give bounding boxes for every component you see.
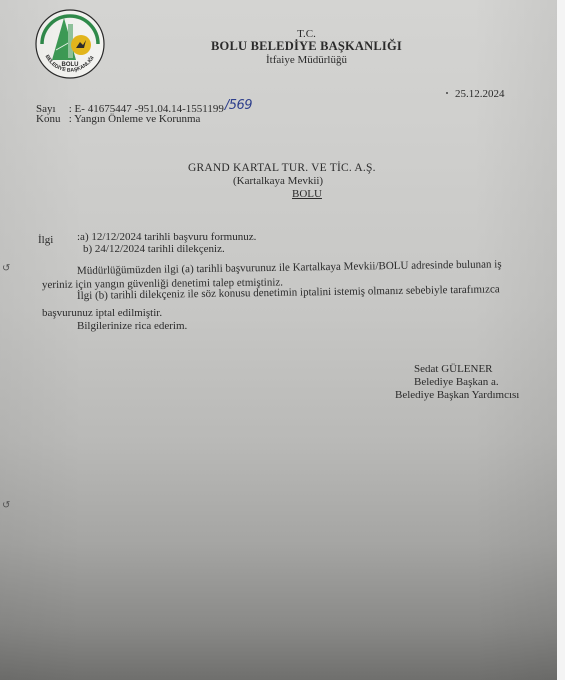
header-organization: BOLU BELEDİYE BAŞKANLIĞI bbox=[28, 39, 565, 54]
ilgi-label: İlgi bbox=[38, 234, 53, 246]
signatory-name: Sedat GÜLENER bbox=[414, 363, 493, 375]
signatory-title-1: Belediye Başkan a. bbox=[414, 376, 499, 388]
konu-row: Konu : Yangın Önleme ve Korunma bbox=[36, 113, 200, 125]
header-department: İtfaiye Müdürlüğü bbox=[28, 54, 565, 66]
recipient-company: GRAND KARTAL TUR. VE TİC. A.Ş. bbox=[188, 162, 376, 174]
sayi-handwritten-number: /569 bbox=[225, 98, 252, 113]
recipient-city: BOLU bbox=[292, 188, 322, 200]
hole-punch-mark-icon: ↺ bbox=[2, 263, 12, 273]
konu-value: : Yangın Önleme ve Korunma bbox=[69, 113, 201, 125]
body-paragraph-1-line-1: Müdürlüğümüzden ilgi (a) tarihli başvuru… bbox=[77, 258, 502, 277]
signatory-title-2: Belediye Başkan Yardımcısı bbox=[395, 389, 519, 401]
dot-mark bbox=[446, 92, 448, 94]
scan-edge bbox=[557, 0, 565, 680]
body-paragraph-2-line-2: başvurunuz iptal edilmiştir. bbox=[42, 307, 162, 319]
recipient-location: (Kartalkaya Mevkii) bbox=[233, 175, 323, 187]
konu-label: Konu bbox=[36, 113, 66, 125]
hole-punch-mark-icon: ↺ bbox=[2, 500, 12, 510]
ilgi-item-b: b) 24/12/2024 tarihli dilekçeniz. bbox=[83, 243, 225, 255]
document-page: BOLU BELEDİYE BAŞKANLIĞI T.C. BOLU BELED… bbox=[0, 0, 557, 680]
ilgi-item-a: :a) 12/12/2024 tarihli başvuru formunuz. bbox=[77, 231, 256, 243]
document-date: 25.12.2024 bbox=[455, 88, 505, 100]
body-closing: Bilgilerinize rica ederim. bbox=[77, 320, 187, 332]
